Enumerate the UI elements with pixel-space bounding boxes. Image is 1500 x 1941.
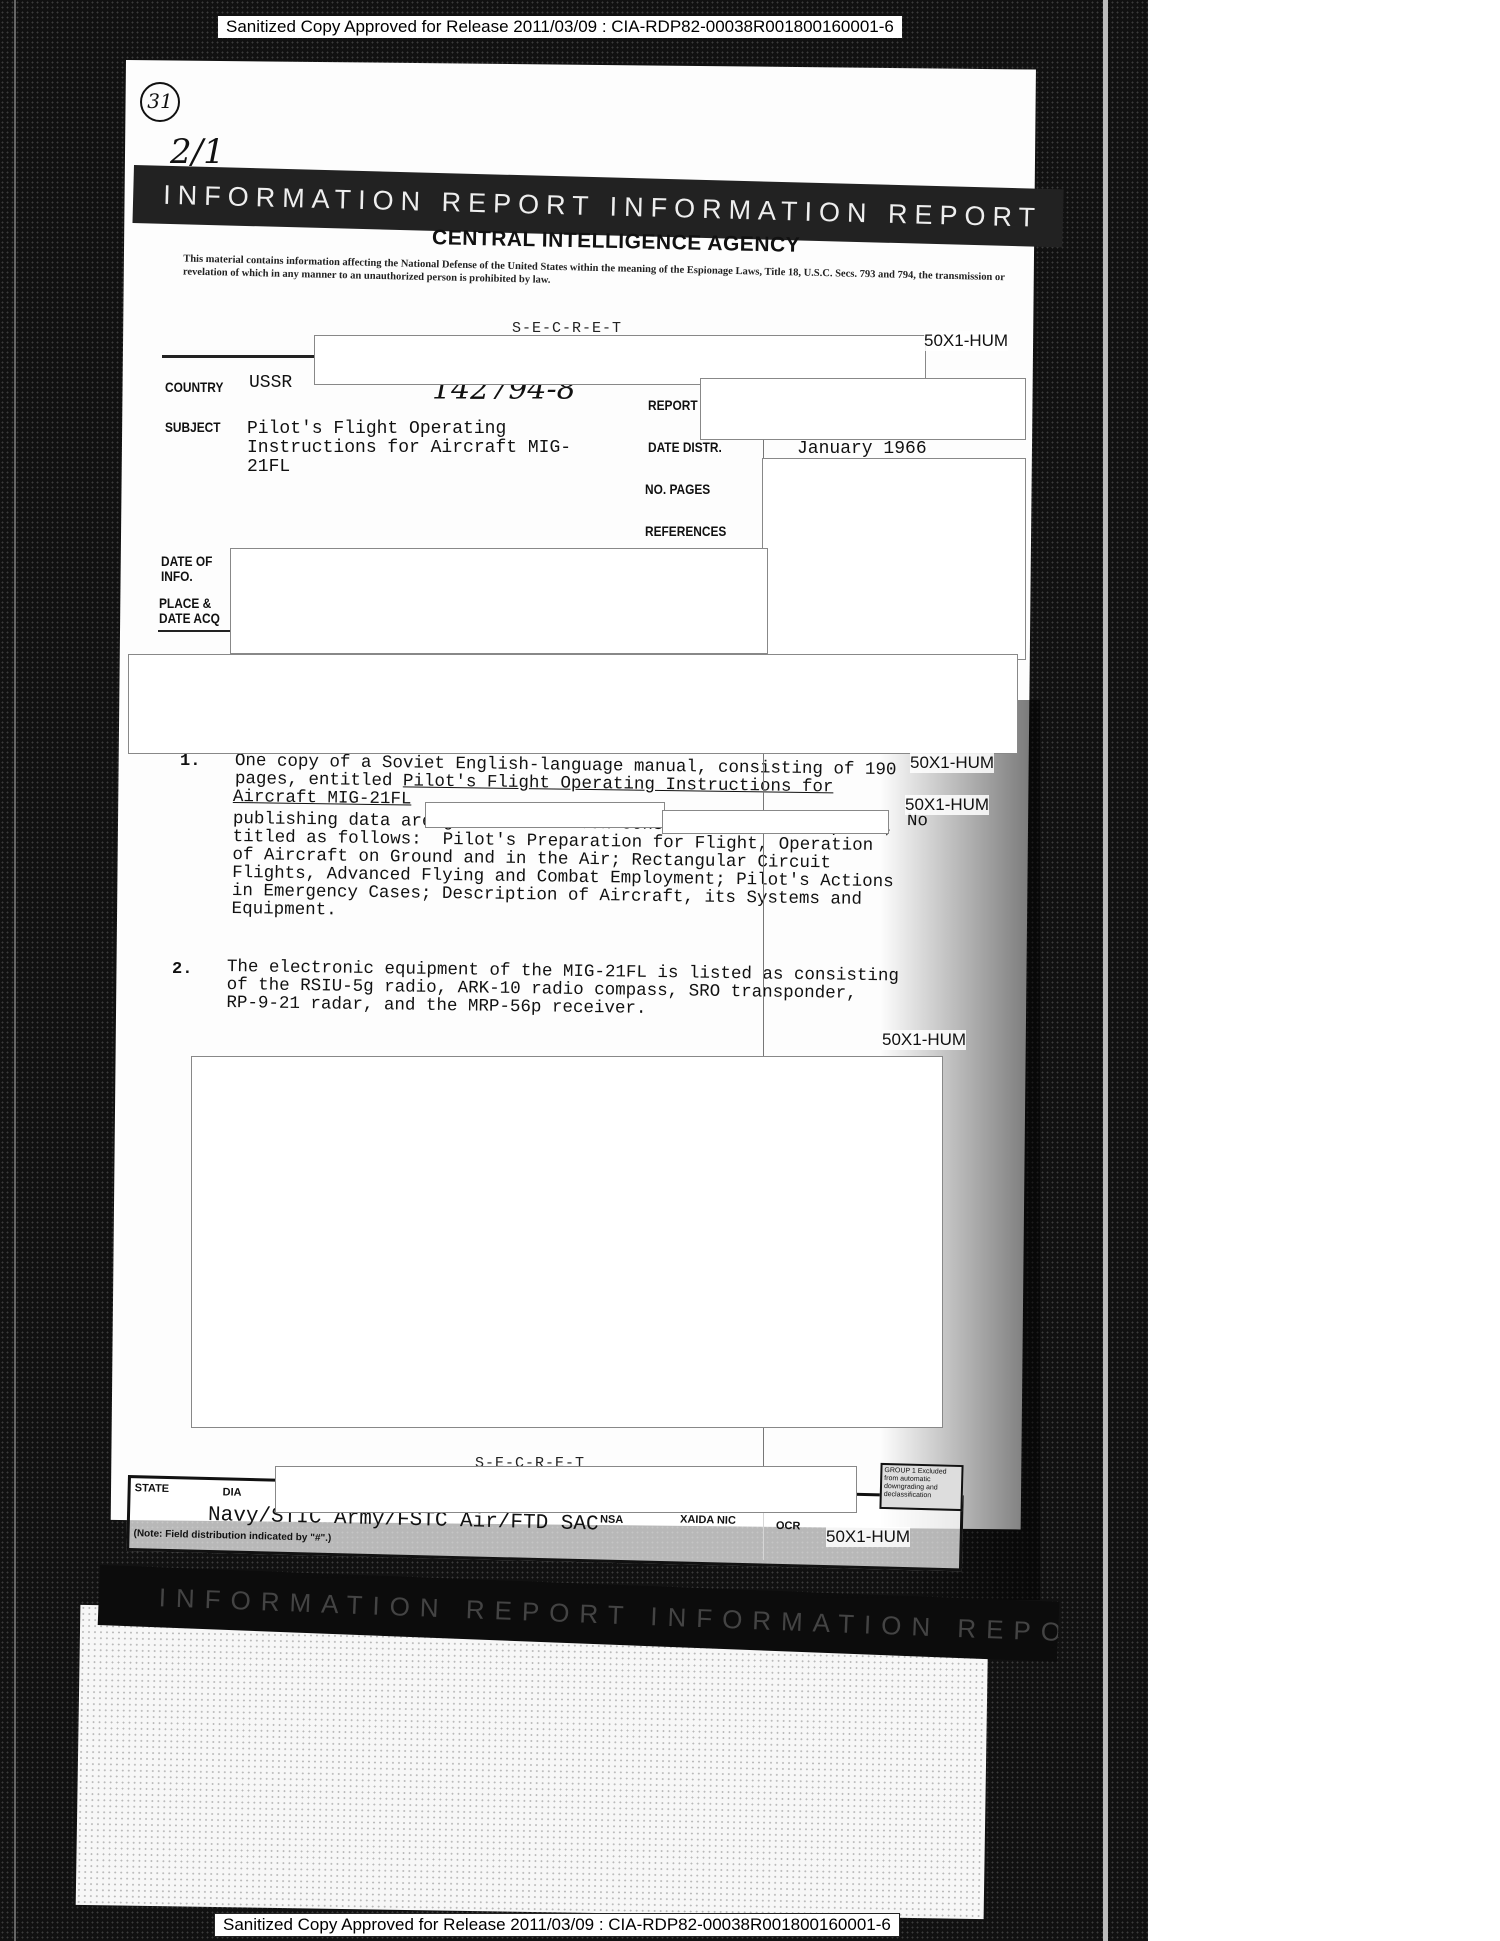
acq-rule (158, 630, 230, 632)
date-of-info-label: DATE OF INFO. (161, 554, 212, 584)
redaction-box (128, 654, 1018, 754)
redaction-box (230, 548, 768, 654)
country-value: USSR (249, 374, 292, 393)
state-label: STATE (135, 1482, 170, 1495)
header-rule (162, 355, 322, 358)
redaction-box (191, 1056, 943, 1428)
redaction-code: 50X1-HUM (910, 753, 994, 773)
date-distr-label: DATE DISTR. (648, 440, 722, 455)
report-label: REPORT (648, 398, 698, 413)
date-distr-value: January 1966 (797, 440, 927, 459)
redaction-box (762, 458, 1026, 660)
no-pages-label: NO. PAGES (645, 482, 710, 497)
subject-label: SUBJECT (165, 420, 221, 435)
manual-title-continued: Aircraft MIG-21FL (233, 788, 412, 808)
redaction-box (700, 378, 1026, 440)
redaction-code: 50X1-HUM (905, 795, 989, 815)
redaction-box (662, 810, 889, 834)
redaction-code: 50X1-HUM (826, 1527, 910, 1547)
right-edge-stripe (1103, 0, 1108, 1941)
redaction-box (275, 1466, 857, 1513)
nic-label: XAIDA NIC (680, 1514, 736, 1527)
ocr-label: OCR (776, 1520, 801, 1533)
scanned-page-background: 31 2/1 INFORMATION REPORT INFORMATION RE… (0, 0, 1148, 1941)
place-date-acq-label: PLACE & DATE ACQ (159, 596, 220, 626)
circled-page-number: 31 (140, 82, 180, 122)
release-stamp-top: Sanitized Copy Approved for Release 2011… (218, 16, 902, 38)
redaction-code: 50X1-HUM (924, 331, 1008, 351)
group-declassification-box: GROUP 1 Excluded from automatic downgrad… (879, 1463, 963, 1511)
subject-value: Pilot's Flight Operating Instructions fo… (247, 420, 571, 477)
paragraph-2-body: The electronic equipment of the MIG-21FL… (226, 958, 899, 1021)
paragraph-number: 2. (172, 960, 192, 979)
dia-label: DIA (222, 1486, 241, 1498)
references-label: REFERENCES (645, 524, 726, 539)
left-edge-stripe (14, 0, 16, 1941)
paragraph-number: 1. (180, 752, 200, 771)
redaction-box (425, 802, 665, 828)
release-stamp-bottom: Sanitized Copy Approved for Release 2011… (214, 1913, 900, 1937)
country-label: COUNTRY (165, 380, 223, 395)
nsa-label: NSA (600, 1514, 624, 1527)
redaction-code: 50X1-HUM (882, 1030, 966, 1050)
distribution-note: (Note: Field distribution indicated by "… (133, 1528, 331, 1544)
